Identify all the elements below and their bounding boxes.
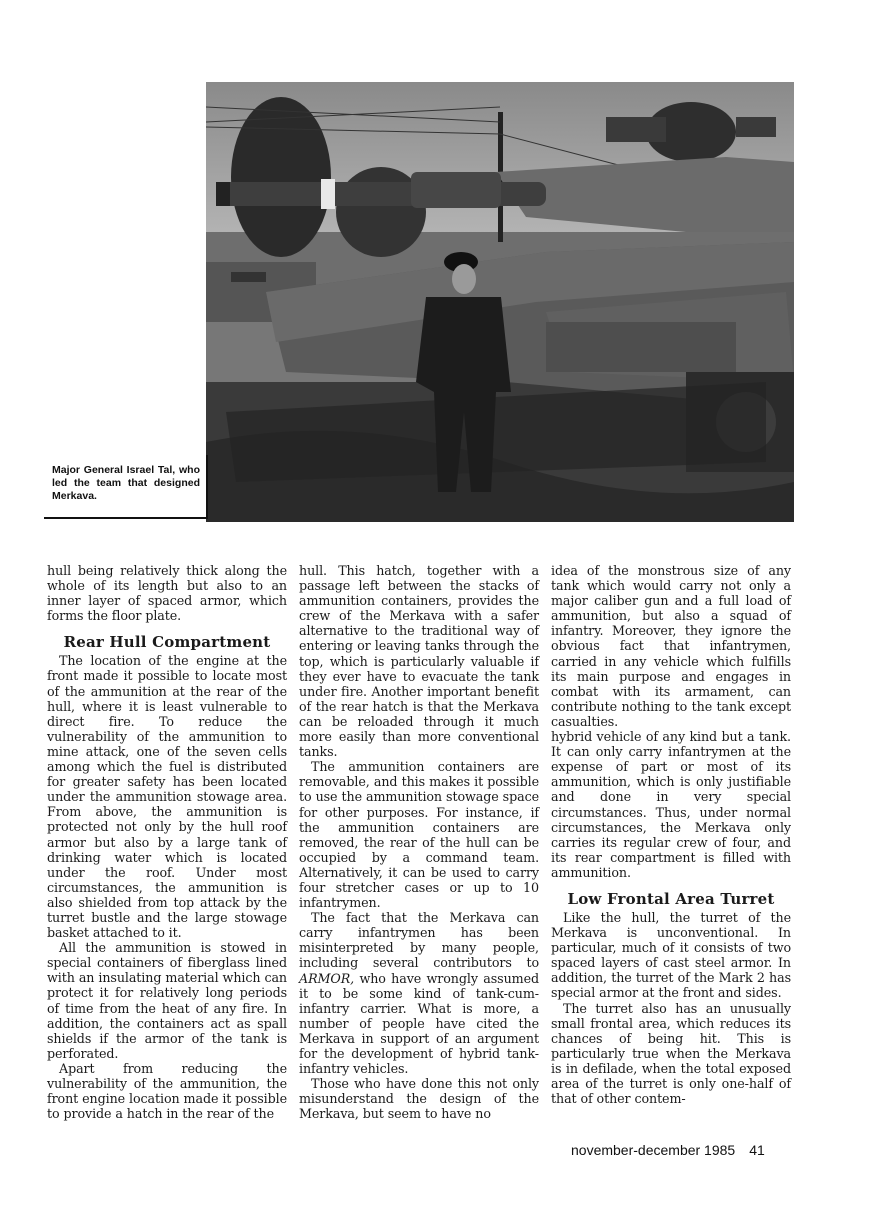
tank-photo xyxy=(206,82,794,522)
magazine-title: ARMOR, xyxy=(299,971,354,986)
text-column-3: idea of the monstrous size of any tank w… xyxy=(551,563,791,1106)
paragraph: idea of the monstrous size of any tank w… xyxy=(551,563,791,729)
page-number: 41 xyxy=(749,1142,765,1158)
paragraph: hybrid vehicle of any kind but a tank. I… xyxy=(551,729,791,880)
paragraph: The location of the engine at the front … xyxy=(47,653,287,940)
paragraph: hull being relatively thick along the wh… xyxy=(47,563,287,623)
paragraph: The ammunition containers are removable,… xyxy=(299,759,539,910)
page-footer: november-december 198541 xyxy=(571,1142,765,1158)
paragraph-text: who have wrongly assumed it to be some k… xyxy=(299,971,539,1077)
tank-photo-illustration xyxy=(206,82,794,522)
section-heading-turret: Low Frontal Area Turret xyxy=(551,891,791,908)
paragraph-text: The fact that the Merkava can carry infa… xyxy=(299,910,539,970)
section-heading-rear-hull: Rear Hull Compartment xyxy=(47,634,287,651)
paragraph: Apart from reducing the vulnerability of… xyxy=(47,1061,287,1121)
paragraph: The fact that the Merkava can carry infa… xyxy=(299,910,539,1076)
paragraph: Like the hull, the turret of the Merkava… xyxy=(551,910,791,1001)
paragraph: All the ammunition is stowed in special … xyxy=(47,940,287,1061)
paragraph: The turret also has an unusually small f… xyxy=(551,1001,791,1107)
text-column-2: hull. This hatch, together with a passag… xyxy=(299,563,539,1121)
issue-date: november-december 1985 xyxy=(571,1142,735,1158)
paragraph: Those who have done this not only misund… xyxy=(299,1076,539,1121)
paragraph: hull. This hatch, together with a passag… xyxy=(299,563,539,759)
photo-caption: Major General Israel Tal, who led the te… xyxy=(52,464,200,503)
text-column-1: hull being relatively thick along the wh… xyxy=(47,563,287,1121)
